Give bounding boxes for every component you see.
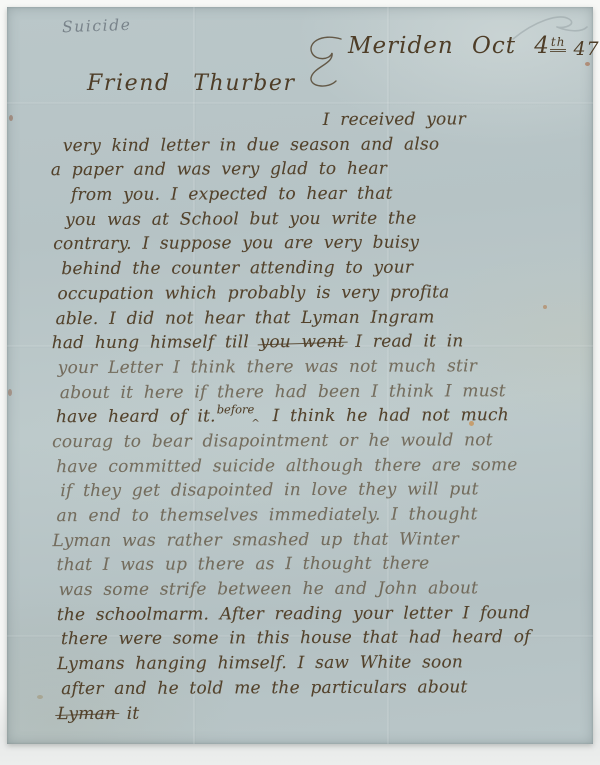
letter-text: you was at School but you write the — [65, 208, 416, 230]
letter-text: able. I did not hear that Lyman Ingram — [56, 307, 435, 329]
fold-crease-horizontal-top — [7, 102, 593, 105]
scanned-letter-page: Suicide Meriden Oct 4 th 47 Friend Thurb… — [0, 0, 600, 765]
letter-text: I received your — [323, 109, 466, 130]
letter-text: an end to themselves immediately. I thou… — [56, 504, 477, 526]
letter-line: the schoolmarm. After reading your lette… — [57, 603, 578, 630]
letter-line: was some strife between he and John abou… — [59, 578, 578, 605]
struck-out-text: you went — [259, 332, 344, 352]
letter-text: about it here if there had been I think … — [60, 381, 506, 403]
letter-line: occupation which probably is very profit… — [57, 282, 576, 309]
letter-text: have heard of it. — [56, 407, 216, 428]
letter-text: occupation which probably is very profit… — [57, 282, 449, 304]
letter-line: courag to bear disapointment or he would… — [52, 430, 577, 457]
letter-text: very kind letter in due season and also — [63, 134, 440, 156]
letter-line: able. I did not hear that Lyman Ingram — [56, 306, 577, 333]
letter-text: from you. I expected to hear that — [71, 184, 393, 205]
pencil-note: Suicide — [62, 16, 132, 36]
dateline-place-day: Meriden Oct 4 — [348, 33, 550, 59]
letter-text: I think he had not much — [262, 405, 509, 426]
letter-text: have committed suicide although there ar… — [56, 455, 517, 477]
dateline-ordinal: th — [550, 36, 567, 52]
flourish-icon — [303, 35, 345, 87]
letter-text: contrary. I suppose you are very buisy — [53, 233, 419, 255]
letter-body: I received yourvery kind letter in due s… — [51, 109, 579, 728]
letter-line: about it here if there had been I think … — [60, 380, 577, 407]
letter-text: I read it in — [345, 332, 464, 353]
letter-text: the schoolmarm. After reading your lette… — [57, 603, 531, 625]
foxing-spot — [9, 115, 13, 121]
letter-line: had hung himself till you went I read it… — [52, 331, 577, 358]
letter-line: after and he told me the particulars abo… — [61, 677, 578, 704]
insertion-caret: ^ — [251, 418, 260, 429]
letter-line: an end to themselves immediately. I thou… — [56, 504, 577, 531]
foxing-spot — [37, 695, 43, 699]
letter-line: I received your — [323, 109, 576, 135]
letter-line: very kind letter in due season and also — [63, 134, 576, 161]
letter-text: that I was up there as I thought there — [57, 554, 430, 576]
letter-text: if they get disapointed in love they wil… — [60, 480, 478, 502]
dateline: Meriden Oct 4 th 47 — [303, 33, 600, 87]
foxing-spot — [8, 389, 12, 396]
letter-line: that I was up there as I thought there — [57, 553, 578, 580]
letter-text: had hung himself till — [52, 332, 260, 353]
letter-line: have committed suicide although there ar… — [56, 454, 577, 481]
letter-text: a paper and was very glad to hear — [51, 159, 387, 180]
letter-text: Lymans hanging himself. I saw White soon — [57, 652, 463, 674]
letter-line: a paper and was very glad to hear — [51, 158, 576, 185]
dateline-year: 47 — [573, 38, 599, 60]
letter-paper: Suicide Meriden Oct 4 th 47 Friend Thurb… — [7, 7, 593, 744]
letter-text: after and he told me the particulars abo… — [61, 677, 467, 699]
letter-text: courag to bear disapointment or he would… — [52, 430, 493, 452]
letter-text: behind the counter attending to your — [61, 258, 413, 280]
inserted-text: before — [217, 403, 255, 417]
letter-line: contrary. I suppose you are very buisy — [53, 232, 576, 259]
letter-line: have heard of it.before^ I think he had … — [56, 405, 577, 432]
letter-line: you was at School but you write the — [65, 208, 576, 235]
letter-text: it — [116, 703, 139, 723]
letter-line: behind the counter attending to your — [61, 257, 576, 284]
letter-line: Lyman was rather smashed up that Winter — [52, 529, 577, 556]
salutation: Friend Thurber — [87, 71, 296, 96]
letter-line: Lyman it — [57, 701, 578, 728]
letter-text: was some strife between he and John abou… — [59, 578, 478, 600]
struck-out-text: Lyman — [57, 703, 116, 723]
letter-line: there were some in this house that had h… — [61, 627, 578, 654]
letter-line: if they get disapointed in love they wil… — [60, 479, 577, 506]
letter-text: Lyman was rather smashed up that Winter — [52, 529, 459, 551]
letter-text: there were some in this house that had h… — [61, 627, 531, 649]
letter-line: your Letter I think there was not much s… — [58, 356, 577, 383]
letter-line: Lymans hanging himself. I saw White soon — [57, 652, 578, 679]
letter-text: your Letter I think there was not much s… — [58, 356, 477, 378]
letter-line: from you. I expected to hear that — [71, 183, 576, 210]
